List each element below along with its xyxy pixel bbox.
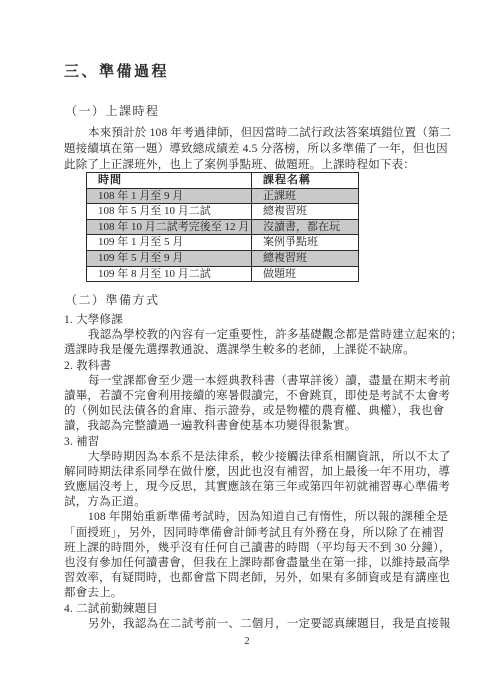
paragraph-line: 大學時期因為本系不是法律系，較少接觸法律系相關資訊，所以不太了	[64, 450, 447, 465]
section1-paragraph: 本來預計於 108 年考過律師，但因當時二試行政法答案填錯位置（第二 題接續填在…	[64, 125, 447, 174]
cell-time: 109 年 1 月至 5 月	[87, 235, 252, 251]
paragraph-line: 試，方為正道。	[64, 495, 447, 510]
paragraph-line: 1. 大學修課	[64, 313, 447, 328]
doc-heading: 三、準備過程	[64, 60, 169, 81]
paragraph-line: 本來預計於 108 年考過律師，但因當時二試行政法答案填錯位置（第二	[64, 125, 447, 141]
cell-time: 109 年 5 月至 9 月	[87, 250, 252, 266]
cell-time: 108 年 10 月二試考完後至 12 月	[87, 219, 252, 235]
cell-course: 案例爭點班	[252, 235, 359, 251]
table-row: 108 年 5 月至 10 月二試 總複習班	[87, 204, 359, 220]
document-page: 三、準備過程 （一）上課時程 本來預計於 108 年考過律師，但因當時二試行政法…	[0, 0, 494, 700]
paragraph-line: 題接續填在第一題）導致總成績差 4.5 分落榜，所以多準備了一年，但也因	[64, 141, 447, 157]
paragraph-line: 我認為學校教的內容有一定重要性，許多基礎觀念都是當時建立起來的；	[64, 328, 447, 343]
paragraph-line: 班上課的時間外，幾乎沒有任何自己讀書的時間（平均每天不到 30 分鐘），	[64, 541, 447, 556]
paragraph-line: 解同時期法律系同學在做什麼，因此也沒有補習，加上最後一年不用功，導	[64, 465, 447, 480]
paragraph-line: 4. 二試前勤練題目	[64, 602, 447, 617]
paragraph-line: 的（例如民法債各的倉庫、指示證券，或是物權的農育權、典權），我也會	[64, 404, 447, 419]
paragraph-line: 2. 教科書	[64, 359, 447, 374]
paragraph-line: 「面授班」，另外，因同時準備會計師考試且有外務在身，所以除了在補習	[64, 526, 447, 541]
schedule-table: 時間 課程名稱 108 年 1 月至 9 月 正課班 108 年 5 月至 10…	[86, 172, 359, 282]
section2-paragraph: 1. 大學修課 我認為學校教的內容有一定重要性，許多基礎觀念都是當時建立起來的；…	[64, 313, 447, 632]
paragraph-line: 也沒有參加任何讀書會，但我在上課時都會盡量坐在第一排，以維持最高學	[64, 556, 447, 571]
paragraph-line: 每一堂課都會至少選一本經典教科書（書單詳後）讀，盡量在期末考前	[64, 374, 447, 389]
paragraph-line: 另外，我認為在二試考前一、二個月，一定要認真練題目，我是直接報	[64, 617, 447, 632]
page-number: 2	[0, 636, 494, 647]
cell-course: 沒讀書，都在玩	[252, 219, 359, 235]
cell-course: 做題班	[252, 266, 359, 282]
paragraph-line: 都會去上。	[64, 586, 447, 601]
cell-time: 108 年 5 月至 10 月二試	[87, 204, 252, 220]
paragraph-line: 選課時我是優先選擇教通說、選課學生較多的老師，上課從不缺席。	[64, 343, 447, 358]
table-header-row: 時間 課程名稱	[87, 173, 359, 189]
table-header-course: 課程名稱	[252, 173, 359, 189]
table-row: 108 年 1 月至 9 月 正課班	[87, 188, 359, 204]
cell-course: 總複習班	[252, 250, 359, 266]
paragraph-line: 致應屆沒考上，現今反思，其實應該在第三年或第四年初就補習專心準備考	[64, 480, 447, 495]
table-row: 109 年 5 月至 9 月 總複習班	[87, 250, 359, 266]
paragraph-line: 108 年開始重新準備考試時，因為知道自己有惰性，所以報的課種全是	[64, 510, 447, 525]
paragraph-line: 讀，我認為完整讀過一遍教科書會使基本功變得很紮實。	[64, 419, 447, 434]
table-row: 109 年 8 月至 10 月二試 做題班	[87, 266, 359, 282]
paragraph-line: 習效率，有疑問時，也都會當下問老師，另外，如果有多師資或是有講座也	[64, 571, 447, 586]
table-row: 109 年 1 月至 5 月 案例爭點班	[87, 235, 359, 251]
cell-time: 108 年 1 月至 9 月	[87, 188, 252, 204]
cell-course: 總複習班	[252, 204, 359, 220]
section1-title: （一）上課時程	[65, 102, 160, 119]
paragraph-line: 3. 補習	[64, 435, 447, 450]
paragraph-line: 讀畢，若讀不完會利用接續的寒暑假讀完，不會跳頁，即使是考試不太會考	[64, 389, 447, 404]
table-row: 108 年 10 月二試考完後至 12 月 沒讀書，都在玩	[87, 219, 359, 235]
section2-title: （二）準備方式	[65, 291, 160, 308]
table-header-time: 時間	[87, 173, 252, 189]
cell-time: 109 年 8 月至 10 月二試	[87, 266, 252, 282]
cell-course: 正課班	[252, 188, 359, 204]
